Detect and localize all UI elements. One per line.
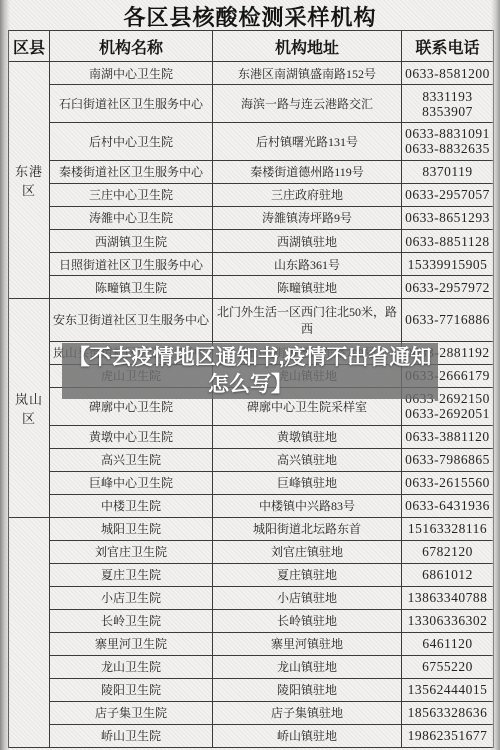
institution-address-cell: 城阳街道北坛路东首 xyxy=(213,517,402,540)
phone-number: 0633-6431936 xyxy=(405,498,490,513)
institution-name-cell: 南湖中心卫生院 xyxy=(50,62,213,85)
institution-address-cell: 小店镇驻地 xyxy=(213,586,402,609)
phone-cell: 6755220 xyxy=(402,655,494,678)
institution-address-cell: 黄墩镇驻地 xyxy=(213,425,402,448)
phone-cell: 0633-2615560 xyxy=(402,471,494,494)
institution-address-cell: 海滨一路与连云港路交汇 xyxy=(213,85,402,123)
institution-address-cell: 三庄政府驻地 xyxy=(213,183,402,206)
phone-cell: 6782120 xyxy=(402,540,494,563)
table-row: 石臼街道社区卫生服务中心海滨一路与连云港路交汇83311938353907 xyxy=(9,85,494,123)
phone-cell: 0633-2957972 xyxy=(402,276,494,299)
phone-number: 13562444015 xyxy=(405,682,490,697)
institution-address-cell: 峤山镇驻地 xyxy=(213,724,402,747)
table-row: 后村中心卫生院后村镇曙光路131号0633-88310910633-883263… xyxy=(9,122,494,160)
phone-cell: 15339915905 xyxy=(402,253,494,276)
institution-address-cell: 寨里河镇驻地 xyxy=(213,632,402,655)
table-row: 城阳卫生院城阳街道北坛路东首15163328116 xyxy=(9,517,494,540)
phone-number: 19862351677 xyxy=(405,728,490,743)
phone-number: 15339915905 xyxy=(405,257,490,272)
table-row: 店子集卫生院店子集镇驻地18563328636 xyxy=(9,701,494,724)
table-row: 黄墩中心卫生院黄墩镇驻地0633-3881120 xyxy=(9,425,494,448)
table-row: 西湖镇卫生院西湖镇驻地0633-8851128 xyxy=(9,230,494,253)
table-row: 长岭卫生院长岭镇驻地13306336302 xyxy=(9,609,494,632)
watermark-overlay: 【不去疫情地区通知书,疫情不出省通知怎么写】 xyxy=(62,343,438,399)
district-section: 东港区南湖中心卫生院东港区南湖镇盛南路152号0633-8581200石臼街道社… xyxy=(9,62,494,299)
table-row: 三庄中心卫生院三庄政府驻地0633-2957057 xyxy=(9,183,494,206)
phone-number: 0633-3881120 xyxy=(405,429,490,444)
page-title: 各区县核酸检测采样机构 xyxy=(0,1,500,32)
phone-number: 0633-8831091 xyxy=(405,126,490,141)
table-row: 高兴卫生院高兴镇驻地0633-7986865 xyxy=(9,448,494,471)
phone-cell: 19862351677 xyxy=(402,724,494,747)
institution-name-cell: 长岭卫生院 xyxy=(50,609,213,632)
document-page: 各区县核酸检测采样机构 区县 机构名称 机构地址 联系电话 东港区南湖中心卫生院… xyxy=(0,0,500,750)
phone-cell: 0633-88310910633-8832635 xyxy=(402,122,494,160)
institution-address-cell: 龙山镇驻地 xyxy=(213,655,402,678)
institution-address-cell: 秦楼街道德州路119号 xyxy=(213,160,402,183)
institution-name-cell: 巨峰中心卫生院 xyxy=(50,471,213,494)
column-header-phone: 联系电话 xyxy=(402,31,494,62)
phone-cell: 8370119 xyxy=(402,160,494,183)
phone-cell: 0633-8851128 xyxy=(402,230,494,253)
institution-address-cell: 陵阳镇驻地 xyxy=(213,678,402,701)
phone-number: 0633-7986865 xyxy=(405,452,490,467)
institution-address-cell: 高兴镇驻地 xyxy=(213,448,402,471)
table-row: 中楼卫生院中楼镇中兴路83号0633-6431936 xyxy=(9,494,494,517)
table-row: 陵阳卫生院陵阳镇驻地13562444015 xyxy=(9,678,494,701)
district-cell xyxy=(9,517,50,747)
phone-cell: 0633-6431936 xyxy=(402,494,494,517)
institution-name-cell: 三庄中心卫生院 xyxy=(50,183,213,206)
phone-number: 6782120 xyxy=(405,544,490,559)
phone-cell: 13863340788 xyxy=(402,586,494,609)
district-cell: 岚山区 xyxy=(9,299,50,518)
phone-number: 8353907 xyxy=(405,104,490,119)
institution-name-cell: 日照街道社区卫生服务中心 xyxy=(50,253,213,276)
phone-number: 18563328636 xyxy=(405,705,490,720)
phone-number: 8331193 xyxy=(405,89,490,104)
district-section: 岚山区安东卫街道社区卫生服务中心北门外生活一区西门往北50米，路西0633-77… xyxy=(9,299,494,518)
table-row: 巨峰中心卫生院巨峰镇驻地0633-2615560 xyxy=(9,471,494,494)
phone-number: 0633-8651293 xyxy=(405,210,490,225)
institution-name-cell: 小店卫生院 xyxy=(50,586,213,609)
table-row: 小店卫生院小店镇驻地13863340788 xyxy=(9,586,494,609)
institution-name-cell: 龙山卫生院 xyxy=(50,655,213,678)
district-cell: 东港区 xyxy=(9,62,50,299)
table-row: 涛雒中心卫生院涛雒镇涛坪路9号0633-8651293 xyxy=(9,206,494,229)
phone-cell: 83311938353907 xyxy=(402,85,494,123)
institution-name-cell: 黄墩中心卫生院 xyxy=(50,425,213,448)
table-row: 寨里河卫生院寨里河镇驻地6461120 xyxy=(9,632,494,655)
column-header-district: 区县 xyxy=(9,31,50,62)
institution-name-cell: 石臼街道社区卫生服务中心 xyxy=(50,85,213,123)
phone-number: 0633-2957972 xyxy=(405,280,490,295)
phone-number: 13863340788 xyxy=(405,590,490,605)
institution-address-cell: 巨峰镇驻地 xyxy=(213,471,402,494)
institution-address-cell: 陈疃镇驻地 xyxy=(213,276,402,299)
watermark-text: 【不去疫情地区通知书,疫情不出省通知怎么写】 xyxy=(62,344,438,398)
institution-name-cell: 城阳卫生院 xyxy=(50,517,213,540)
institution-name-cell: 陈疃镇卫生院 xyxy=(50,276,213,299)
institution-address-cell: 西湖镇驻地 xyxy=(213,230,402,253)
institution-name-cell: 中楼卫生院 xyxy=(50,494,213,517)
institution-name-cell: 峤山卫生院 xyxy=(50,724,213,747)
phone-cell: 0633-7716886 xyxy=(402,299,494,342)
institution-name-cell: 安东卫街道社区卫生服务中心 xyxy=(50,299,213,342)
phone-cell: 18563328636 xyxy=(402,701,494,724)
institution-address-cell: 后村镇曙光路131号 xyxy=(213,122,402,160)
institution-address-cell: 刘官庄镇驻地 xyxy=(213,540,402,563)
institution-address-cell: 北门外生活一区西门往北50米，路西 xyxy=(213,299,402,342)
institution-name-cell: 高兴卫生院 xyxy=(50,448,213,471)
phone-number: 6461120 xyxy=(405,636,490,651)
institution-address-cell: 长岭镇驻地 xyxy=(213,609,402,632)
phone-number: 0633-7716886 xyxy=(405,312,490,327)
table-row: 东港区南湖中心卫生院东港区南湖镇盛南路152号0633-8581200 xyxy=(9,62,494,85)
table-row: 岚山区安东卫街道社区卫生服务中心北门外生活一区西门往北50米，路西0633-77… xyxy=(9,299,494,342)
phone-cell: 0633-8651293 xyxy=(402,206,494,229)
phone-number: 0633-2615560 xyxy=(405,475,490,490)
table-header: 区县 机构名称 机构地址 联系电话 xyxy=(9,31,494,62)
institution-address-cell: 中楼镇中兴路83号 xyxy=(213,494,402,517)
institution-address-cell: 店子集镇驻地 xyxy=(213,701,402,724)
phone-number: 13306336302 xyxy=(405,613,490,628)
institution-name-cell: 夏庄卫生院 xyxy=(50,563,213,586)
phone-cell: 6461120 xyxy=(402,632,494,655)
phone-number: 6861012 xyxy=(405,567,490,582)
institution-name-cell: 西湖镇卫生院 xyxy=(50,230,213,253)
phone-number: 15163328116 xyxy=(405,521,490,536)
phone-number: 0633-8581200 xyxy=(405,66,490,81)
phone-number: 8370119 xyxy=(405,164,490,179)
institution-name-cell: 刘官庄卫生院 xyxy=(50,540,213,563)
institution-name-cell: 寨里河卫生院 xyxy=(50,632,213,655)
phone-cell: 13306336302 xyxy=(402,609,494,632)
institution-name-cell: 陵阳卫生院 xyxy=(50,678,213,701)
institution-address-cell: 东港区南湖镇盛南路152号 xyxy=(213,62,402,85)
institution-name-cell: 涛雒中心卫生院 xyxy=(50,206,213,229)
phone-number: 0633-2957057 xyxy=(405,187,490,202)
phone-cell: 0633-2957057 xyxy=(402,183,494,206)
district-section: 城阳卫生院城阳街道北坛路东首15163328116刘官庄卫生院刘官庄镇驻地678… xyxy=(9,517,494,747)
phone-cell: 6861012 xyxy=(402,563,494,586)
phone-number: 0633-8851128 xyxy=(405,234,490,249)
phone-cell: 0633-3881120 xyxy=(402,425,494,448)
phone-cell: 13562444015 xyxy=(402,678,494,701)
table-row: 秦楼街道社区卫生服务中心秦楼街道德州路119号8370119 xyxy=(9,160,494,183)
institution-name-cell: 后村中心卫生院 xyxy=(50,122,213,160)
table-row: 夏庄卫生院夏庄镇驻地6861012 xyxy=(9,563,494,586)
institution-name-cell: 秦楼街道社区卫生服务中心 xyxy=(50,160,213,183)
table-row: 日照街道社区卫生服务中心山东路361号15339915905 xyxy=(9,253,494,276)
phone-number: 0633-2692051 xyxy=(405,406,490,421)
institution-address-cell: 山东路361号 xyxy=(213,253,402,276)
phone-cell: 0633-7986865 xyxy=(402,448,494,471)
phone-cell: 15163328116 xyxy=(402,517,494,540)
table-row: 刘官庄卫生院刘官庄镇驻地6782120 xyxy=(9,540,494,563)
column-header-institution-address: 机构地址 xyxy=(213,31,402,62)
phone-number: 0633-8832635 xyxy=(405,141,490,156)
table-row: 龙山卫生院龙山镇驻地6755220 xyxy=(9,655,494,678)
phone-cell: 0633-8581200 xyxy=(402,62,494,85)
table-row: 陈疃镇卫生院陈疃镇驻地0633-2957972 xyxy=(9,276,494,299)
phone-number: 6755220 xyxy=(405,659,490,674)
table-row: 峤山卫生院峤山镇驻地19862351677 xyxy=(9,724,494,747)
column-header-institution-name: 机构名称 xyxy=(50,31,213,62)
institution-address-cell: 夏庄镇驻地 xyxy=(213,563,402,586)
institution-address-cell: 涛雒镇涛坪路9号 xyxy=(213,206,402,229)
institution-name-cell: 店子集卫生院 xyxy=(50,701,213,724)
